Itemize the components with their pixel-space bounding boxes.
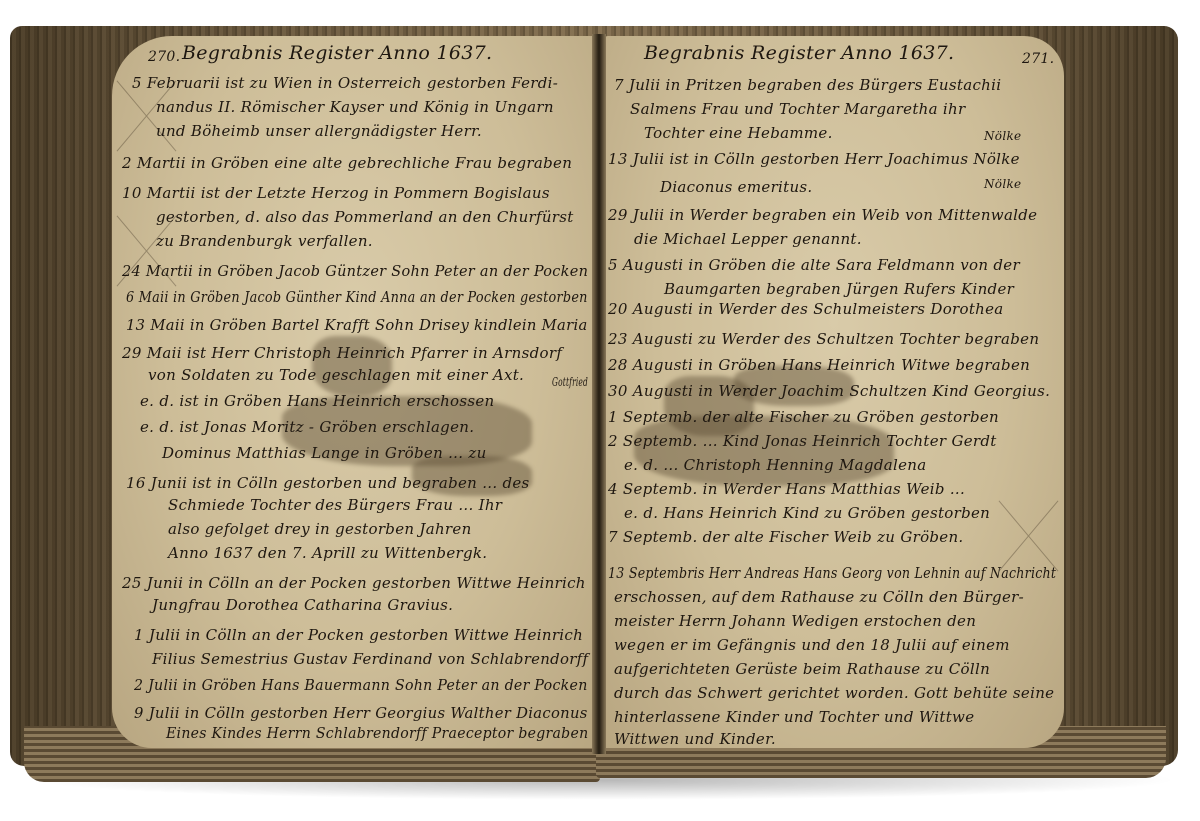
page-number: 270. [148, 50, 180, 64]
register-line: von Soldaten zu Tode geschlagen mit eine… [148, 368, 524, 383]
register-line: durch das Schwert gerichtet worden. Gott… [614, 686, 1054, 701]
margin-note: Gottfried [552, 376, 588, 388]
register-line: 20 Augusti in Werder des Schulmeisters D… [608, 302, 1004, 317]
register-line: Dominus Matthias Lange in Gröben ... zu [162, 446, 487, 461]
register-line: 2 Septemb. ... Kind Jonas Heinrich Tocht… [608, 434, 997, 449]
register-line: Baumgarten begraben Jürgen Rufers Kinder [664, 282, 1014, 297]
register-line: gestorben, d. also das Pommerland an den… [156, 210, 574, 225]
book-gutter [592, 34, 606, 754]
register-line: 2 Julii in Gröben Hans Bauermann Sohn Pe… [134, 678, 588, 693]
left-page: 270. Begrabnis Register Anno 1637. 5 Feb… [112, 36, 596, 748]
right-page: Begrabnis Register Anno 1637. 271. 7 Jul… [604, 36, 1064, 748]
register-line: nandus II. Römischer Kayser und König in… [156, 100, 554, 115]
ink-stain [634, 416, 894, 486]
register-line: 13 Septembris Herr Andreas Hans Georg vo… [608, 566, 1056, 581]
register-line: 1 Julii in Cölln an der Pocken gestorben… [134, 628, 583, 643]
register-line: 28 Augusti in Gröben Hans Heinrich Witwe… [608, 358, 1030, 373]
register-line: 25 Junii in Cölln an der Pocken gestorbe… [122, 576, 586, 591]
register-line: e. d. ... Christoph Henning Magdalena [624, 458, 926, 473]
register-line: erschossen, auf dem Rathause zu Cölln de… [614, 590, 1024, 605]
register-line: hinterlassene Kinder und Tochter und Wit… [614, 710, 974, 725]
register-line: Salmens Frau und Tochter Margaretha ihr [630, 102, 965, 117]
register-line: 9 Julii in Cölln gestorben Herr Georgius… [134, 706, 588, 721]
margin-note: Nölke [984, 130, 1021, 142]
register-line: 24 Martii in Gröben Jacob Güntzer Sohn P… [122, 264, 588, 279]
register-line: 29 Maii ist Herr Christoph Heinrich Pfar… [122, 346, 562, 361]
register-line: 6 Maii in Gröben Jacob Günther Kind Anna… [126, 290, 588, 305]
register-line: Jungfrau Dorothea Catharina Gravius. [152, 598, 453, 613]
register-line: 5 Februarii ist zu Wien in Osterreich ge… [132, 76, 558, 91]
page-header: Begrabnis Register Anno 1637. [182, 44, 492, 63]
register-line: 2 Martii in Gröben eine alte gebrechlich… [122, 156, 572, 171]
register-line: die Michael Lepper genannt. [634, 232, 862, 247]
register-line: e. d. ist in Gröben Hans Heinrich erscho… [140, 394, 495, 409]
page-number: 271. [1022, 52, 1054, 66]
register-line: 7 Septemb. der alte Fischer Weib zu Gröb… [608, 530, 964, 545]
register-line: Eines Kindes Herrn Schlabrendorff Praece… [166, 726, 588, 741]
register-line: also gefolget drey in gestorben Jahren [168, 522, 472, 537]
register-line: 16 Junii ist in Cölln gestorben und begr… [126, 476, 530, 491]
register-line: 13 Julii ist in Cölln gestorben Herr Joa… [608, 152, 1020, 167]
register-line: 30 Augusti in Werder Joachim Schultzen K… [608, 384, 1050, 399]
register-line: Schmiede Tochter des Bürgers Frau ... Ih… [168, 498, 502, 513]
register-line: zu Brandenburgk verfallen. [156, 234, 373, 249]
register-line: meister Herrn Johann Wedigen erstochen d… [614, 614, 976, 629]
register-line: und Böheimb unser allergnädigster Herr. [156, 124, 482, 139]
register-line: e. d. ist Jonas Moritz - Gröben erschlag… [140, 420, 474, 435]
page-header: Begrabnis Register Anno 1637. [644, 44, 954, 63]
register-line: Anno 1637 den 7. Aprill zu Wittenbergk. [168, 546, 487, 561]
register-line: aufgerichteten Gerüste beim Rathause zu … [614, 662, 990, 677]
open-book: 270. Begrabnis Register Anno 1637. 5 Feb… [10, 26, 1178, 784]
register-line: 1 Septemb. der alte Fischer zu Gröben ge… [608, 410, 999, 425]
margin-note: Nölke [984, 178, 1021, 190]
register-line: 7 Julii in Pritzen begraben des Bürgers … [614, 78, 1001, 93]
register-line: 10 Martii ist der Letzte Herzog in Pomme… [122, 186, 550, 201]
register-line: Filius Semestrius Gustav Ferdinand von S… [152, 652, 588, 667]
register-line: 29 Julii in Werder begraben ein Weib von… [608, 208, 1037, 223]
register-line: wegen er im Gefängnis und den 18 Julii a… [614, 638, 1010, 653]
register-line: Tochter eine Hebamme. [644, 126, 833, 141]
register-line: Diaconus emeritus. [660, 180, 813, 195]
register-line: e. d. Hans Heinrich Kind zu Gröben gesto… [624, 506, 990, 521]
register-line: 4 Septemb. in Werder Hans Matthias Weib … [608, 482, 965, 497]
register-line: Wittwen und Kinder. [614, 732, 776, 747]
register-line: 13 Maii in Gröben Bartel Krafft Sohn Dri… [126, 318, 588, 333]
register-line: 5 Augusti in Gröben die alte Sara Feldma… [608, 258, 1020, 273]
register-line: 23 Augusti zu Werder des Schultzen Tocht… [608, 332, 1039, 347]
